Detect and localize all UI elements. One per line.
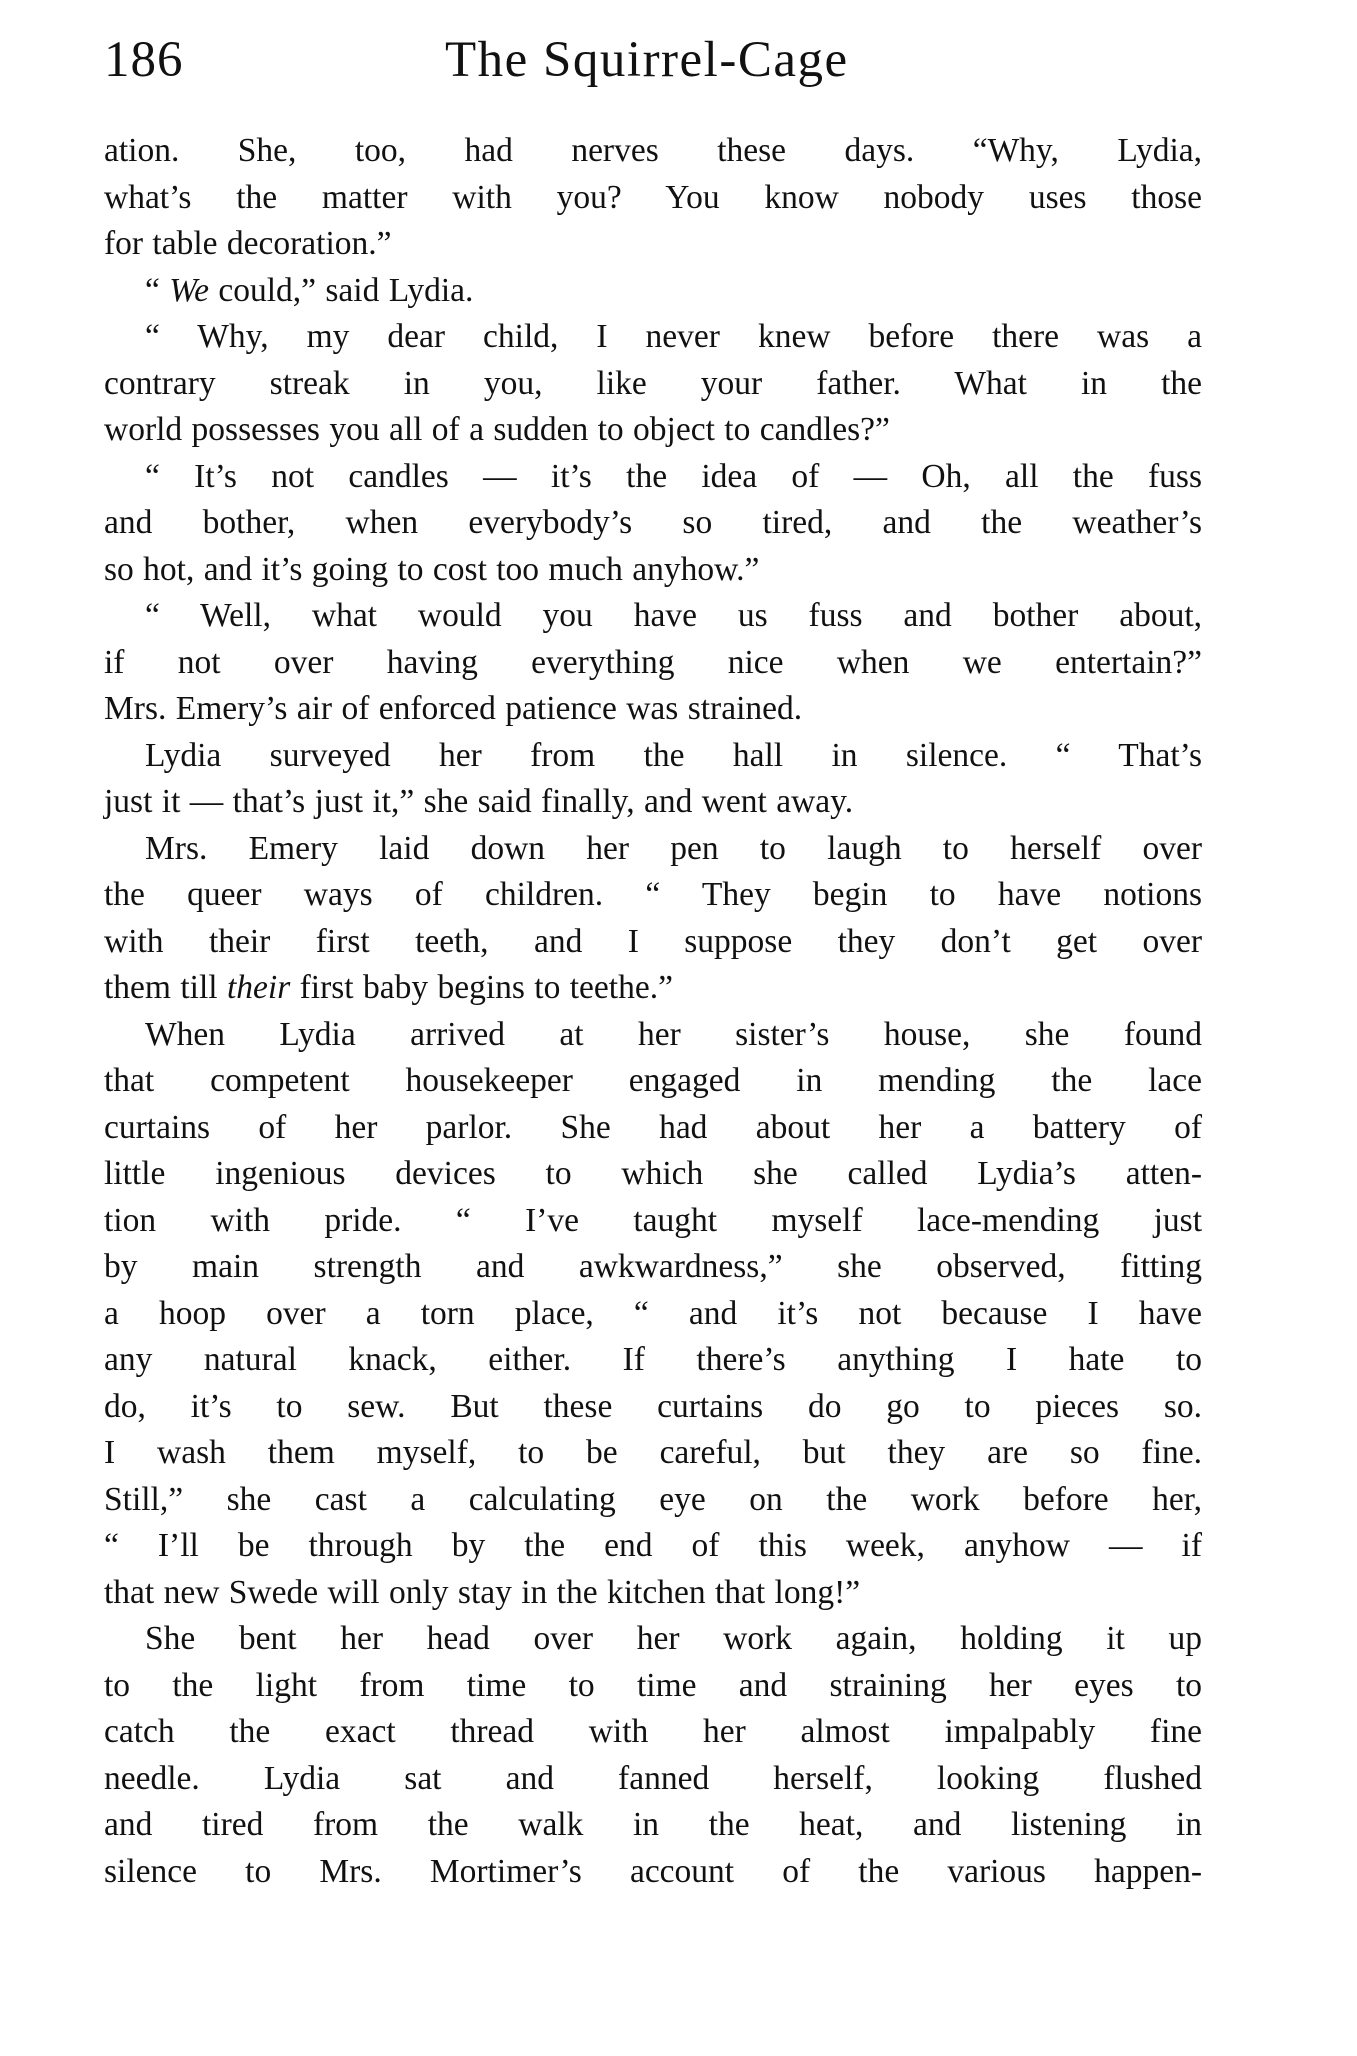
- text-run: them till: [104, 969, 227, 1006]
- text-line: I wash them myself, to be careful, but t…: [104, 1430, 1202, 1477]
- text-line: for table decoration.”: [104, 221, 1202, 268]
- page-number: 186: [104, 30, 184, 90]
- text-line: Still,” she cast a calculating eye on th…: [104, 1477, 1202, 1524]
- text-line: “ I’ll be through by the end of this wee…: [104, 1523, 1202, 1570]
- text-line: by main strength and awkwardness,” she o…: [104, 1244, 1202, 1291]
- text-line: what’s the matter with you? You know nob…: [104, 175, 1202, 222]
- text-line: a hoop over a torn place, “ and it’s not…: [104, 1291, 1202, 1338]
- text-line: “ It’s not candles — it’s the idea of — …: [104, 454, 1202, 501]
- text-line: so hot, and it’s going to cost too much …: [104, 547, 1202, 594]
- text-line: that new Swede will only stay in the kit…: [104, 1570, 1202, 1617]
- text-run: “: [145, 272, 169, 309]
- text-run: could,” said Lydia.: [209, 272, 473, 309]
- text-line: just it — that’s just it,” she said fina…: [104, 779, 1202, 826]
- text-line: and bother, when everybody’s so tired, a…: [104, 500, 1202, 547]
- text-line: little ingenious devices to which she ca…: [104, 1151, 1202, 1198]
- running-title: The Squirrel-Cage: [445, 30, 849, 90]
- text-line: the queer ways of children. “ They begin…: [104, 872, 1202, 919]
- text-line: that competent housekeeper engaged in me…: [104, 1058, 1202, 1105]
- text-line: do, it’s to sew. But these curtains do g…: [104, 1384, 1202, 1431]
- text-line: if not over having everything nice when …: [104, 640, 1202, 687]
- text-line: catch the exact thread with her almost i…: [104, 1709, 1202, 1756]
- text-line: to the light from time to time and strai…: [104, 1663, 1202, 1710]
- text-line: silence to Mrs. Mortimer’s account of th…: [104, 1849, 1202, 1896]
- text-run: first baby begins to teethe.”: [290, 969, 673, 1006]
- text-line: When Lydia arrived at her sister’s house…: [104, 1012, 1202, 1059]
- text-line: “ Why, my dear child, I never knew befor…: [104, 314, 1202, 361]
- text-line: and tired from the walk in the heat, and…: [104, 1802, 1202, 1849]
- text-line: contrary streak in you, like your father…: [104, 361, 1202, 408]
- running-head: 186 The Squirrel-Cage: [104, 30, 1202, 90]
- text-line: ation. She, too, had nerves these days. …: [104, 128, 1202, 175]
- italic-emphasis: We: [169, 272, 209, 309]
- text-line: world possesses you all of a sudden to o…: [104, 407, 1202, 454]
- text-line: “ Well, what would you have us fuss and …: [104, 593, 1202, 640]
- text-line: Mrs. Emery’s air of enforced patience wa…: [104, 686, 1202, 733]
- text-line: with their first teeth, and I suppose th…: [104, 919, 1202, 966]
- italic-emphasis: their: [227, 969, 290, 1006]
- text-line: them till their first baby begins to tee…: [104, 965, 1202, 1012]
- text-line: She bent her head over her work again, h…: [104, 1616, 1202, 1663]
- text-line: “ We could,” said Lydia.: [104, 268, 1202, 315]
- text-line: tion with pride. “ I’ve taught myself la…: [104, 1198, 1202, 1245]
- book-page: 186 The Squirrel-Cage ation. She, too, h…: [0, 0, 1357, 2056]
- text-line: curtains of her parlor. She had about he…: [104, 1105, 1202, 1152]
- text-line: any natural knack, either. If there’s an…: [104, 1337, 1202, 1384]
- text-line: Lydia surveyed her from the hall in sile…: [104, 733, 1202, 780]
- body-text: ation. She, too, had nerves these days. …: [104, 128, 1202, 1895]
- text-line: needle. Lydia sat and fanned herself, lo…: [104, 1756, 1202, 1803]
- text-line: Mrs. Emery laid down her pen to laugh to…: [104, 826, 1202, 873]
